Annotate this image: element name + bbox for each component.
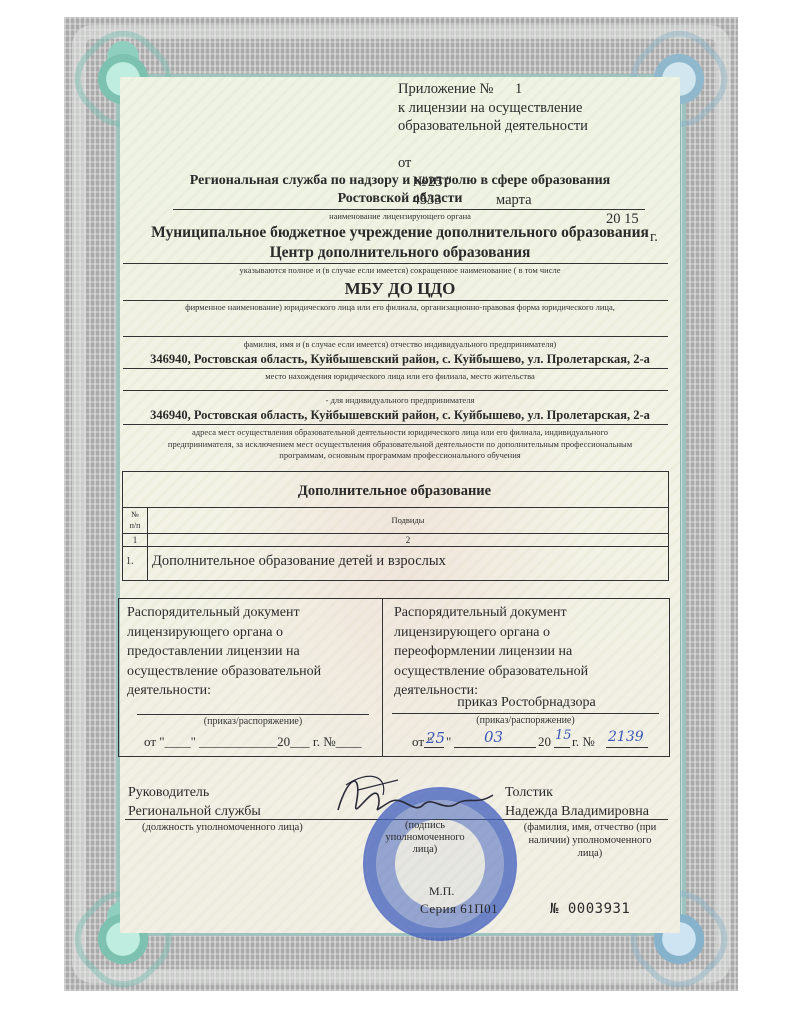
appendix-line: образовательной деятельности (398, 117, 668, 136)
col-num-index: 1 (123, 535, 147, 545)
reissue-month: 03 (484, 728, 503, 746)
col-subtype-header: Подвиды (148, 515, 668, 525)
caption-line: предпринимателя, за исключением мест осу… (120, 439, 680, 451)
caption-line: лица) (510, 847, 670, 860)
grant-date-line: от "____" ____________20___ г. №____ (144, 734, 362, 750)
table-divider (123, 507, 668, 508)
signatory-position: Руководитель Региональной службы (128, 783, 261, 821)
text-line: Распорядительный документ (127, 603, 321, 623)
education-table-title: Дополнительное образование (122, 483, 667, 500)
divider (123, 300, 668, 301)
organization-caption1: указываются полное и (в случае если имее… (120, 265, 680, 275)
name-line: Толстик (505, 783, 649, 802)
caption-line: адреса мест осуществления образовательно… (120, 427, 680, 439)
text-line: переоформлении лицензии на (394, 642, 588, 662)
reissue-year: 15 (555, 728, 572, 743)
licensing-body-line1: Региональная служба по надзору и контрол… (120, 173, 680, 189)
text-line: Распорядительный документ (394, 603, 588, 623)
grant-type-line (137, 714, 369, 715)
row-num: 1. (126, 556, 134, 567)
col-num-header: № п/п (123, 509, 147, 531)
grant-type-caption: (приказ/распоряжение) (137, 716, 369, 727)
reissue-type-line (392, 713, 659, 714)
table-divider (123, 533, 668, 534)
activity-caption: адреса мест осуществления образовательно… (120, 427, 680, 462)
documents-divider (382, 598, 383, 756)
date-prefix: от (398, 154, 411, 173)
location-caption1: место нахождения юридического лица или е… (120, 371, 680, 381)
col-subtype-index: 2 (148, 535, 668, 545)
licensing-body-line2: Ростовской области (120, 191, 680, 207)
text-line: предоставлении лицензии на (127, 642, 321, 662)
reissue-type-value: приказ Ростобрнадзора (394, 695, 659, 711)
divider (123, 368, 668, 369)
organization-short-name: МБУ ДО ЦДО (120, 279, 680, 299)
text-line: лицензирующего органа о (127, 623, 321, 643)
table-divider (123, 546, 668, 547)
reissue-type-caption: (приказ/распоряжение) (392, 715, 659, 726)
organization-caption2: фирменное наименование) юридического лиц… (120, 302, 680, 312)
reissue-day: 25 (426, 729, 445, 747)
form-series: Серия 61П01 (420, 901, 498, 917)
divider (173, 209, 645, 210)
divider (123, 263, 668, 264)
row-subtype: Дополнительное образование детей и взрос… (152, 553, 446, 570)
organization-name-line1: Муниципальное бюджетное учреждение допол… (120, 224, 680, 242)
appendix-title: Приложение № 1 (398, 80, 668, 99)
name-line-rule (503, 819, 668, 820)
grant-document-text: Распорядительный документ лицензирующего… (127, 603, 321, 701)
text-line: осуществление образовательной (127, 662, 321, 682)
location-address: 346940, Ростовская область, Куйбышевский… (120, 352, 680, 367)
year-prefix: 20 (538, 734, 551, 750)
caption-line: наличии) уполномоченного (510, 834, 670, 847)
appendix-line: к лицензии на осуществление (398, 99, 668, 118)
position-caption: (должность уполномоченного лица) (142, 822, 303, 833)
text-line: осуществление образовательной (394, 662, 588, 682)
text-line: деятельности: (127, 681, 321, 701)
form-number: № 0003931 (550, 901, 630, 917)
text-line: лицензирующего органа о (394, 623, 588, 643)
name-caption: (фамилия, имя, отчество (при наличии) уп… (510, 821, 670, 860)
activity-address: 346940, Ростовская область, Куйбышевский… (120, 408, 680, 423)
caption-line: уполномоченного лица) (380, 832, 470, 856)
location-caption2: - для индивидуального предпринимателя (120, 395, 680, 405)
position-line: Руководитель (128, 783, 261, 802)
divider (123, 336, 668, 337)
divider (123, 424, 668, 425)
caption-line: (подпись (380, 820, 470, 832)
seal-label: М.П. (429, 884, 454, 899)
reissue-number: 2139 (608, 729, 644, 745)
number-prefix: г. № (572, 734, 595, 750)
organization-name-line2: Центр дополнительного образования (120, 244, 680, 262)
caption-line: программам, основным программам професси… (120, 450, 680, 462)
signatory-name: Толстик Надежда Владимировна (505, 783, 649, 821)
licensing-body-caption: наименование лицензирующего органа (120, 211, 680, 221)
appendix-date: от "25 " марта 20 15 г. (398, 136, 668, 155)
caption-line: (фамилия, имя, отчество (при (510, 821, 670, 834)
reissue-document-text: Распорядительный документ лицензирующего… (394, 603, 588, 701)
reissue-date-line: от " 25 " 03 20 15 г. № 2139 (412, 734, 662, 752)
divider (123, 390, 668, 391)
signature-caption: (подпись уполномоченного лица) (380, 820, 470, 856)
organization-caption3: фамилия, имя и (в случае если имеется) о… (120, 339, 680, 349)
